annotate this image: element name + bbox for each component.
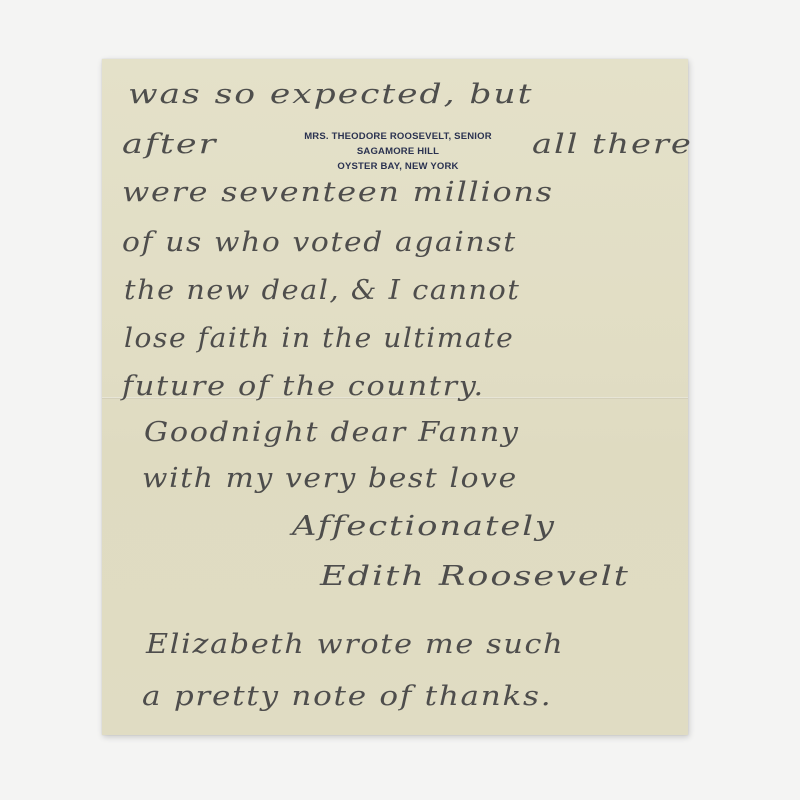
body-line-8: Goodnight dear Fanny [144,417,520,448]
body-line-1: was so expected, but [128,79,533,110]
body-line-3: were seventeen millions [122,177,554,208]
postscript-line-1: Elizabeth wrote me such [146,629,564,660]
letterhead-estate: SAGAMORE HILL [278,144,518,159]
letterhead-name: MRS. THEODORE ROOSEVELT, SENIOR [278,129,518,144]
signature: Edith Roosevelt [320,561,630,592]
body-line-7: future of the country. [122,371,485,402]
body-line-2b: all there [532,129,693,160]
body-line-6: lose faith in the ultimate [124,323,514,354]
letterhead-location: OYSTER BAY, NEW YORK [278,159,518,174]
letter-sheet: MRS. THEODORE ROOSEVELT, SENIOR SAGAMORE… [102,59,688,735]
body-line-5: the new deal, & I cannot [124,275,520,306]
postscript-line-2: a pretty note of thanks. [142,681,552,712]
body-line-4: of us who voted against [122,227,517,258]
closing: Affectionately [292,511,556,542]
body-line-2a: after [122,129,217,160]
body-line-9: with my very best love [142,463,518,494]
letterhead: MRS. THEODORE ROOSEVELT, SENIOR SAGAMORE… [278,129,518,174]
